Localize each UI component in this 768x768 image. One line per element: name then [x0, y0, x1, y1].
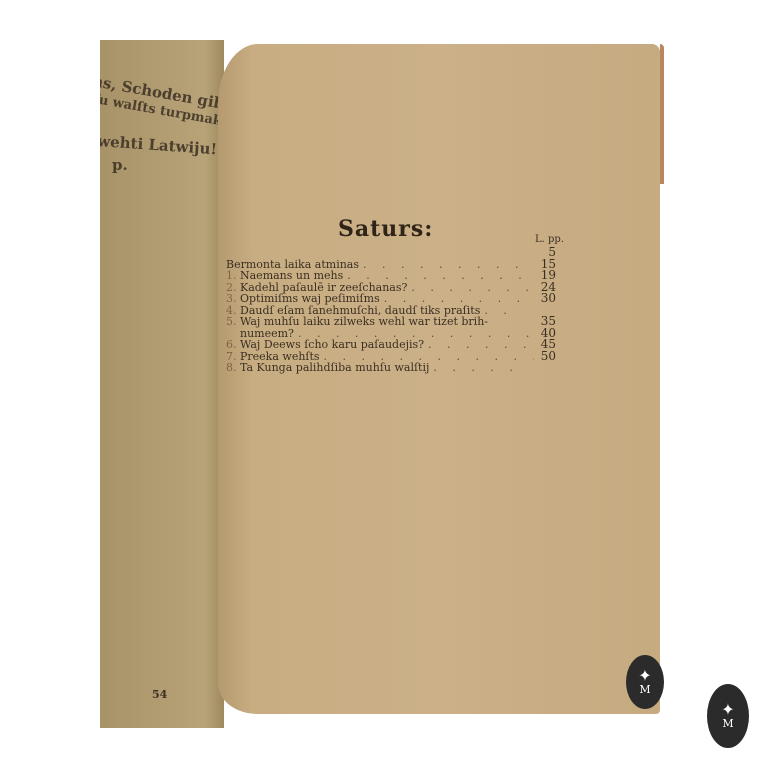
leader-dots: . . . . . . . . . . .	[407, 282, 534, 294]
table-of-contents: 5 Bermonta laika atminas. . . . . . . . …	[226, 247, 556, 374]
column-header: L. pp.	[535, 234, 564, 245]
logo-letter: M	[722, 718, 733, 730]
leader-dots: . . . . . . . . . . . . . . . .	[343, 270, 534, 282]
toc-page: 50	[534, 351, 556, 363]
toc-label: Waj Deews ſcho karu paſaudejis?	[240, 339, 424, 351]
left-page: ns, Schoden giben ʃu walſts turpmak weht…	[100, 40, 224, 728]
flower-icon: ✦	[721, 702, 734, 718]
toc-row: 1.Naemans un mehs. . . . . . . . . . . .…	[226, 270, 556, 282]
watermark-logo: ✦ M	[626, 655, 664, 709]
left-page-text-line: p.	[112, 156, 128, 174]
page-title: Saturs:	[338, 216, 433, 242]
toc-page: 30	[534, 293, 556, 305]
toc-label: Waj muhſu laiku zilweks wehl war tizet b…	[240, 316, 488, 328]
flower-icon: ✦	[638, 668, 651, 684]
leader-dots: . . . . .	[429, 362, 534, 374]
leader-dots: . . . . . . . . . . . . . .	[359, 259, 534, 271]
toc-row: 8.Ta Kunga palihdſiba muhſu walſtij. . .…	[226, 362, 556, 374]
leader-dots: . .	[480, 305, 534, 317]
toc-number: 3.	[226, 293, 240, 305]
toc-number: 5.	[226, 316, 240, 328]
toc-row: 3.Optimiſms waj peſimiſms. . . . . . . .…	[226, 293, 556, 305]
toc-number: 6.	[226, 339, 240, 351]
right-page: Saturs: L. pp. 5 Bermonta laika atminas.…	[218, 44, 660, 714]
toc-row: 5.Waj muhſu laiku zilweks wehl war tizet…	[226, 316, 556, 328]
toc-label: Optimiſms waj peſimiſms	[240, 293, 380, 305]
toc-number: 1.	[226, 270, 240, 282]
logo-letter: M	[639, 684, 650, 696]
toc-row: 6.Waj Deews ſcho karu paſaudejis?. . . .…	[226, 339, 556, 351]
page-number: 54	[152, 688, 167, 701]
left-page-text-line: wehti Latwiju!	[100, 132, 218, 158]
toc-label: Ta Kunga palihdſiba muhſu walſtij	[240, 362, 429, 374]
toc-label: Naemans un mehs	[240, 270, 343, 282]
watermark-logo: ✦ M	[707, 684, 749, 748]
leader-dots: . . . . . . . . . . .	[380, 293, 534, 305]
toc-row: 5	[226, 247, 556, 259]
leader-dots: . . . . . . . . .	[424, 339, 534, 351]
toc-number: 8.	[226, 362, 240, 374]
